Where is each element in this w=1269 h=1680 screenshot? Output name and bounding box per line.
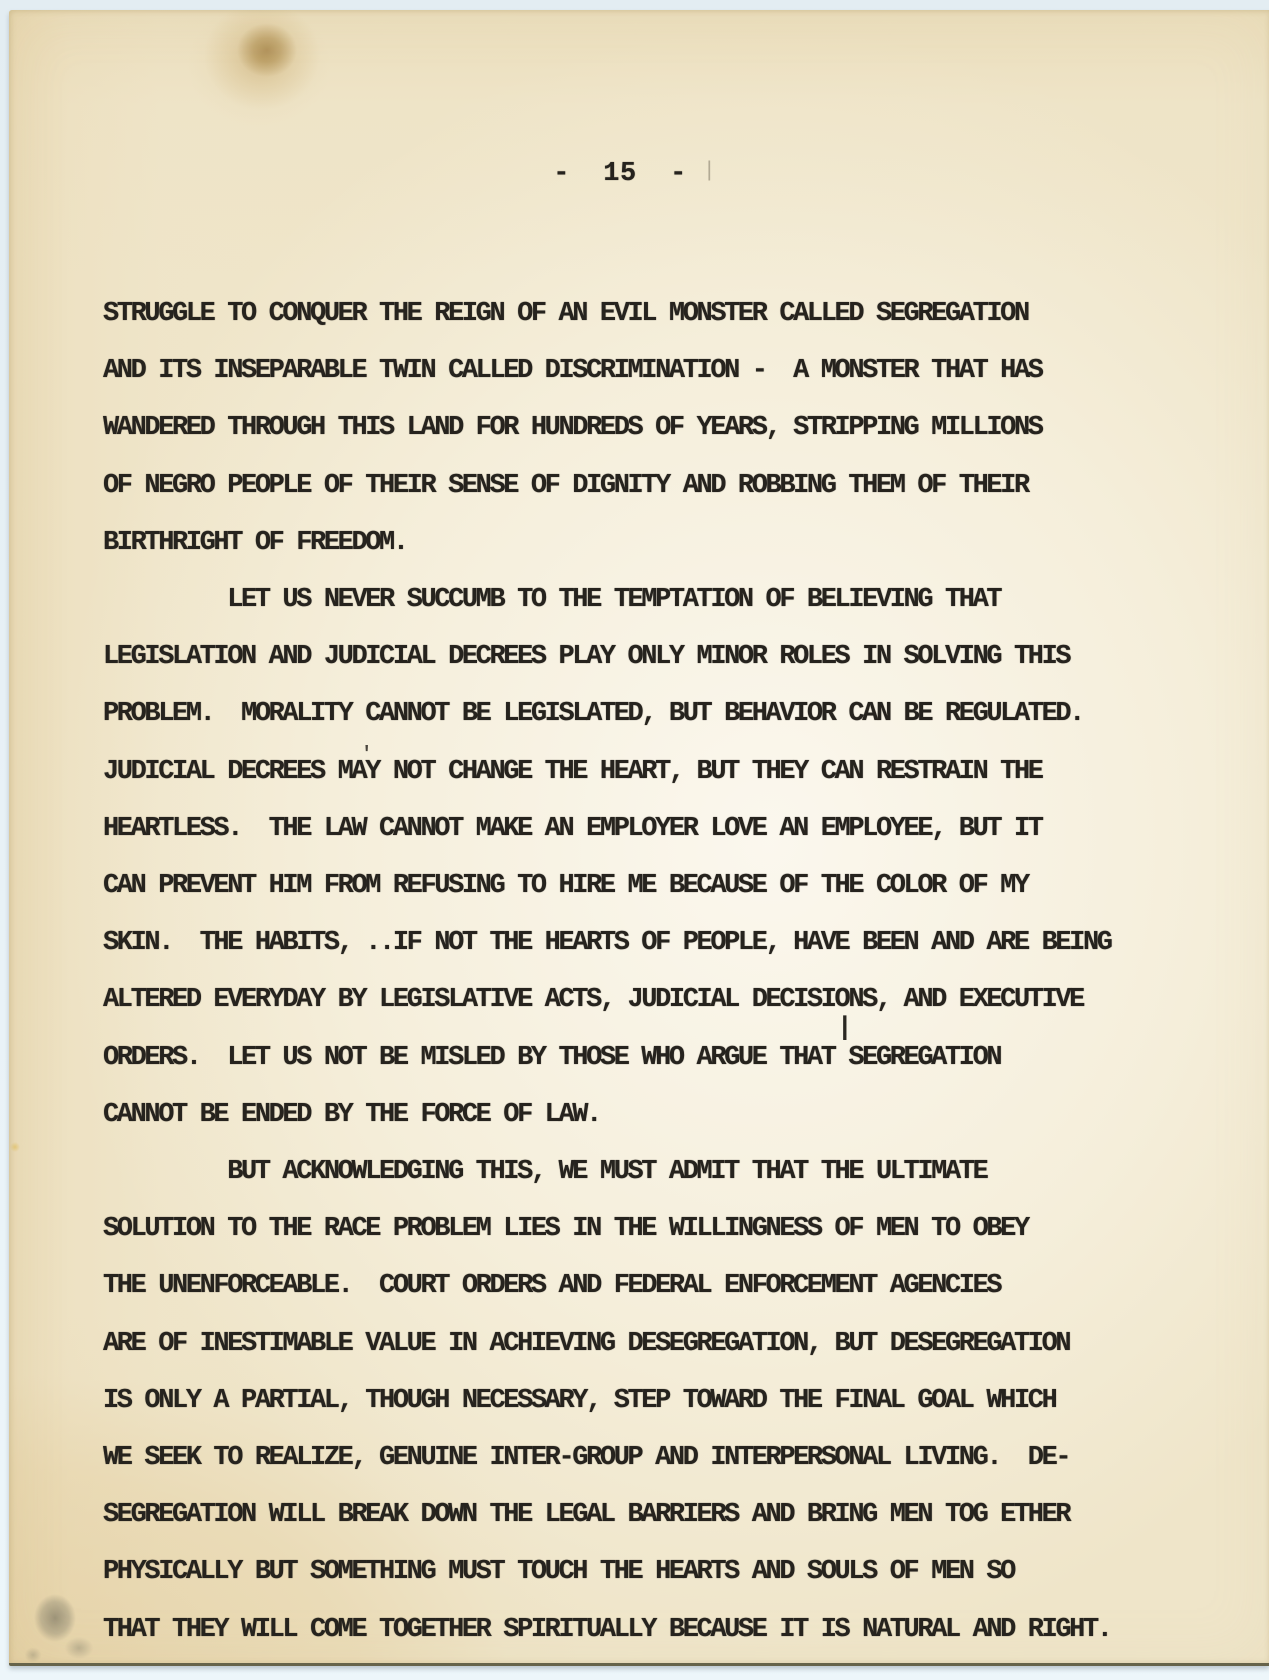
text-line: SEGREGATION WILL BREAK DOWN THE LEGAL BA… bbox=[103, 1487, 1111, 1544]
text-line: THAT THEY WILL COME TOGETHER SPIRITUALLY… bbox=[103, 1602, 1111, 1659]
text-line: LET US NEVER SUCCUMB TO THE TEMPTATION O… bbox=[103, 572, 1111, 629]
text-line: SOLUTION TO THE RACE PROBLEM LIES IN THE… bbox=[103, 1201, 1111, 1258]
text-line: JUDICIAL DECREES MAY NOT CHANGE THE HEAR… bbox=[103, 744, 1111, 801]
stray-ink-mark: | bbox=[703, 160, 716, 183]
document-body-text: STRUGGLE TO CONQUER THE REIGN OF AN EVIL… bbox=[103, 286, 1111, 1659]
text-line: OF NEGRO PEOPLE OF THEIR SENSE OF DIGNIT… bbox=[103, 458, 1111, 515]
text-line: STRUGGLE TO CONQUER THE REIGN OF AN EVIL… bbox=[103, 286, 1111, 343]
stray-ink-mark: | bbox=[837, 1012, 853, 1042]
text-line: PROBLEM. MORALITY CANNOT BE LEGISLATED, … bbox=[103, 686, 1111, 743]
text-line: LEGISLATION AND JUDICIAL DECREES PLAY ON… bbox=[103, 629, 1111, 686]
stray-ink-mark: ' bbox=[361, 743, 372, 765]
document-page: - 15 - STRUGGLE TO CONQUER THE REIGN OF … bbox=[9, 10, 1269, 1666]
text-line: WE SEEK TO REALIZE, GENUINE INTER-GROUP … bbox=[103, 1430, 1111, 1487]
page-number: - 15 - bbox=[9, 159, 1269, 189]
text-line: AND ITS INSEPARABLE TWIN CALLED DISCRIMI… bbox=[103, 343, 1111, 400]
text-line: ALTERED EVERYDAY BY LEGISLATIVE ACTS, JU… bbox=[103, 972, 1111, 1029]
text-line: CANNOT BE ENDED BY THE FORCE OF LAW. bbox=[103, 1087, 1111, 1144]
text-line: ORDERS. LET US NOT BE MISLED BY THOSE WH… bbox=[103, 1030, 1111, 1087]
text-line: CAN PREVENT HIM FROM REFUSING TO HIRE ME… bbox=[103, 858, 1111, 915]
text-line: THE UNENFORCEABLE. COURT ORDERS AND FEDE… bbox=[103, 1258, 1111, 1315]
text-line: HEARTLESS. THE LAW CANNOT MAKE AN EMPLOY… bbox=[103, 801, 1111, 858]
text-line: BUT ACKNOWLEDGING THIS, WE MUST ADMIT TH… bbox=[103, 1144, 1111, 1201]
scan-background: { "document": { "page_number": "- 15 -",… bbox=[0, 0, 1269, 1680]
text-line: SKIN. THE HABITS, ..IF NOT THE HEARTS OF… bbox=[103, 915, 1111, 972]
text-line: BIRTHRIGHT OF FREEDOM. bbox=[103, 515, 1111, 572]
text-line: IS ONLY A PARTIAL, THOUGH NECESSARY, STE… bbox=[103, 1373, 1111, 1430]
text-line: PHYSICALLY BUT SOMETHING MUST TOUCH THE … bbox=[103, 1544, 1111, 1601]
text-line: ARE OF INESTIMABLE VALUE IN ACHIEVING DE… bbox=[103, 1316, 1111, 1373]
text-line: WANDERED THROUGH THIS LAND FOR HUNDREDS … bbox=[103, 400, 1111, 457]
